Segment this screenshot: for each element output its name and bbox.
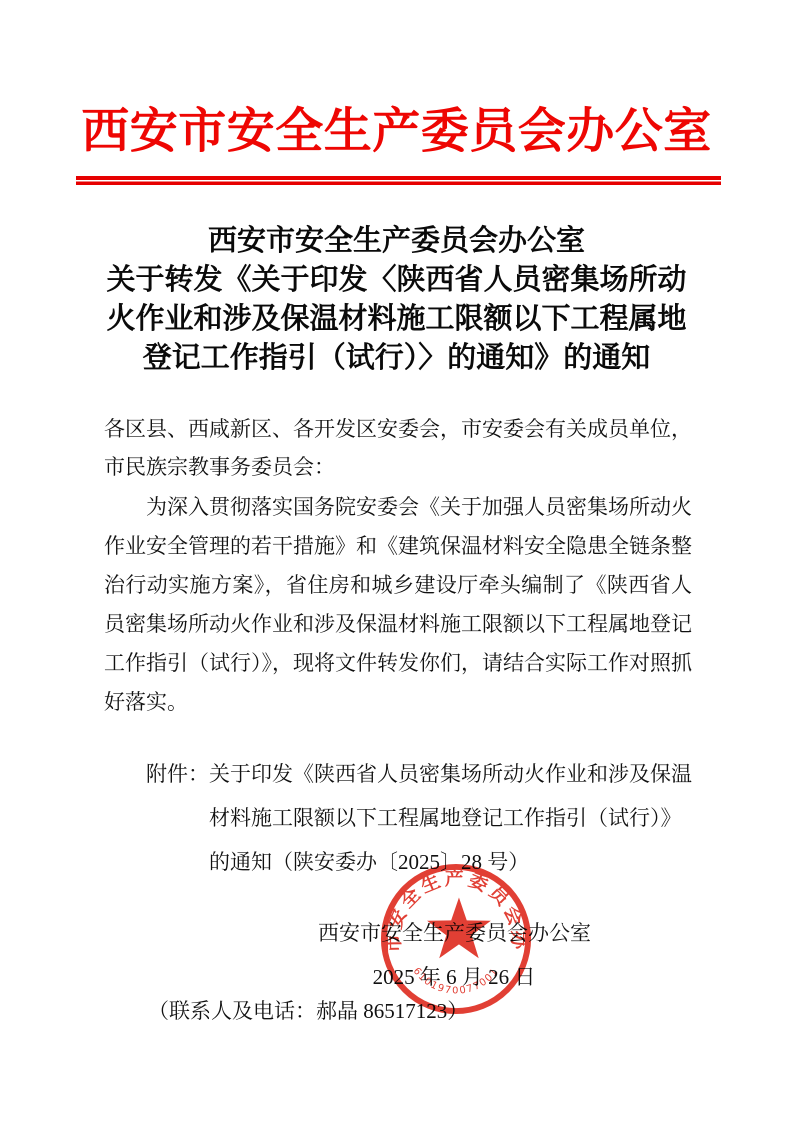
red-separator-rule (76, 176, 721, 185)
attachment-line-2: 材料施工限额以下工程属地登记工作指引（试行）》 (209, 796, 692, 840)
document-title-line-2: 关于转发《关于印发〈陕西省人员密集场所动 (50, 261, 743, 300)
main-paragraph: 为深入贯彻落实国务院安委会《关于加强人员密集场所动火作业安全管理的若干措施》和《… (104, 488, 692, 722)
signature-org-name: 西安市安全生产委员会办公室 (318, 914, 590, 952)
signature-block: 西安市安全生产委员会办公室 2025 年 6 月 26 日 (318, 914, 590, 996)
letterhead-org-name: 西安市安全生产委员会办公室 (0, 102, 793, 162)
salutation: 各区县、西咸新区、各开发区安委会，市安委会有关成员单位，市民族宗教事务委员会： (104, 410, 692, 486)
attachment-section: 附件： 关于印发《陕西省人员密集场所动火作业和涉及保温 材料施工限额以下工程属地… (146, 752, 692, 884)
document-title-line-3: 火作业和涉及保温材料施工限额以下工程属地 (50, 300, 743, 339)
attachment-line-3: 的通知（陕安委办〔2025〕28 号） (209, 840, 692, 884)
attachment-line-1: 关于印发《陕西省人员密集场所动火作业和涉及保温 (209, 752, 692, 796)
attachment-lines: 关于印发《陕西省人员密集场所动火作业和涉及保温 材料施工限额以下工程属地登记工作… (209, 752, 692, 884)
contact-line: （联系人及电话：郝晶 86517123） (148, 992, 468, 1030)
document-title: 西安市安全生产委员会办公室 关于转发《关于印发〈陕西省人员密集场所动 火作业和涉… (50, 222, 743, 378)
document-title-line-4: 登记工作指引（试行）〉的通知》的通知 (50, 339, 743, 378)
attachment-label: 附件： (146, 752, 209, 796)
document-page: 西安市安全生产委员会办公室 西安市安全生产委员会办公室 关于转发《关于印发〈陕西… (0, 0, 793, 1122)
signature-date: 2025 年 6 月 26 日 (318, 958, 590, 996)
document-title-line-1: 西安市安全生产委员会办公室 (50, 222, 743, 261)
